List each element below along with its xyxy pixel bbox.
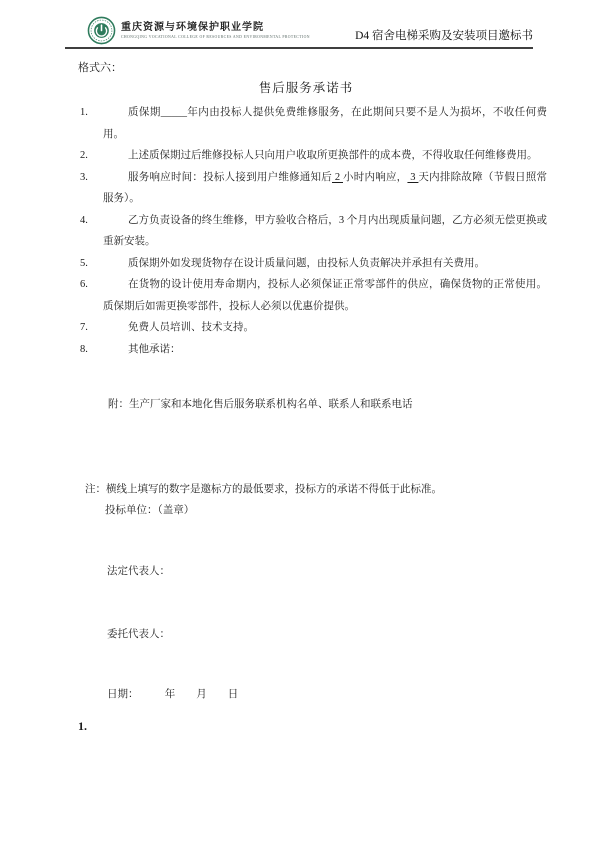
note-line: 注：横线上填写的数字是邀标方的最低要求，投标方的承诺不得低于此标准。: [65, 479, 547, 501]
entrusted-representative-label: 委托代表人：: [65, 624, 547, 646]
list-item-text: 上述质保期过后维修投标人只向用户收取所更换部件的成本费，不得收取任何维修费用。: [103, 145, 547, 167]
list-item-text: 服务响应时间：投标人接到用户维修通知后 2 小时内响应， 3 天内排除故障（节假…: [103, 167, 547, 210]
list-item-number: 2.: [80, 145, 88, 167]
document-content: 格式六： 售后服务承诺书 1.质保期_____年内由投标人提供免费维修服务，在此…: [65, 61, 547, 734]
list-item-text: 质保期_____年内由投标人提供免费维修服务，在此期间只要不是人为损坏，不收任何…: [103, 102, 547, 145]
college-name-block: 重庆资源与环境保护职业学院 CHONGQING VOCATIONAL COLLE…: [121, 21, 320, 40]
document-page: 重庆资源与环境保护职业学院 CHONGQING VOCATIONAL COLLE…: [0, 0, 595, 841]
header-project-title: D4 宿舍电梯采购及安装项目邀标书: [355, 29, 533, 45]
college-logo-icon: [87, 16, 116, 45]
list-item-text: 免费人员培训、技术支持。: [103, 317, 547, 339]
list-item: 3.服务响应时间：投标人接到用户维修通知后 2 小时内响应， 3 天内排除故障（…: [65, 167, 547, 210]
document-title: 售后服务承诺书: [65, 80, 547, 97]
list-item: 2.上述质保期过后维修投标人只向用户收取所更换部件的成本费，不得收取任何维修费用…: [65, 145, 547, 167]
list-item-number: 1.: [80, 102, 88, 124]
list-item-number: 8.: [80, 339, 88, 361]
list-item-number: 6.: [80, 274, 88, 296]
list-item: 6.在货物的设计使用寿命期内，投标人必须保证正常零部件的供应，确保货物的正常使用…: [65, 274, 547, 317]
list-item-number: 5.: [80, 253, 88, 275]
list-item: 8.其他承诺：: [65, 339, 547, 361]
list-item-number: 7.: [80, 317, 88, 339]
list-item-text: 乙方负责设备的终生维修，甲方验收合格后，3 个月内出现质量问题，乙方必须无偿更换…: [103, 210, 547, 253]
list-item: 7.免费人员培训、技术支持。: [65, 317, 547, 339]
commitment-list: 1.质保期_____年内由投标人提供免费维修服务，在此期间只要不是人为损坏，不收…: [65, 102, 547, 360]
format-label: 格式六：: [65, 61, 547, 76]
legal-representative-label: 法定代表人：: [65, 561, 547, 583]
footer-number: 1.: [65, 719, 547, 734]
college-brand: 重庆资源与环境保护职业学院 CHONGQING VOCATIONAL COLLE…: [65, 16, 320, 45]
list-item-text: 在货物的设计使用寿命期内，投标人必须保证正常零部件的供应，确保货物的正常使用。质…: [103, 274, 547, 317]
letterhead: 重庆资源与环境保护职业学院 CHONGQING VOCATIONAL COLLE…: [65, 16, 533, 49]
date-label: 日期： 年 月 日: [65, 684, 547, 706]
college-name-en: CHONGQING VOCATIONAL COLLEGE OF RESOURCE…: [121, 34, 310, 40]
college-name-cn: 重庆资源与环境保护职业学院: [121, 21, 320, 34]
bidder-unit-label: 投标单位：（盖章）: [65, 500, 547, 522]
attachment-note: 附：生产厂家和本地化售后服务联系机构名单、联系人和联系电话: [65, 394, 547, 416]
list-item: 1.质保期_____年内由投标人提供免费维修服务，在此期间只要不是人为损坏，不收…: [65, 102, 547, 145]
list-item-number: 4.: [80, 210, 88, 232]
list-item-number: 3.: [80, 167, 88, 189]
list-item-text: 质保期外如发现货物存在设计质量问题，由投标人负责解决并承担有关费用。: [103, 253, 547, 275]
list-item: 5.质保期外如发现货物存在设计质量问题，由投标人负责解决并承担有关费用。: [65, 253, 547, 275]
list-item-text: 其他承诺：: [103, 339, 547, 361]
list-item: 4.乙方负责设备的终生维修，甲方验收合格后，3 个月内出现质量问题，乙方必须无偿…: [65, 210, 547, 253]
